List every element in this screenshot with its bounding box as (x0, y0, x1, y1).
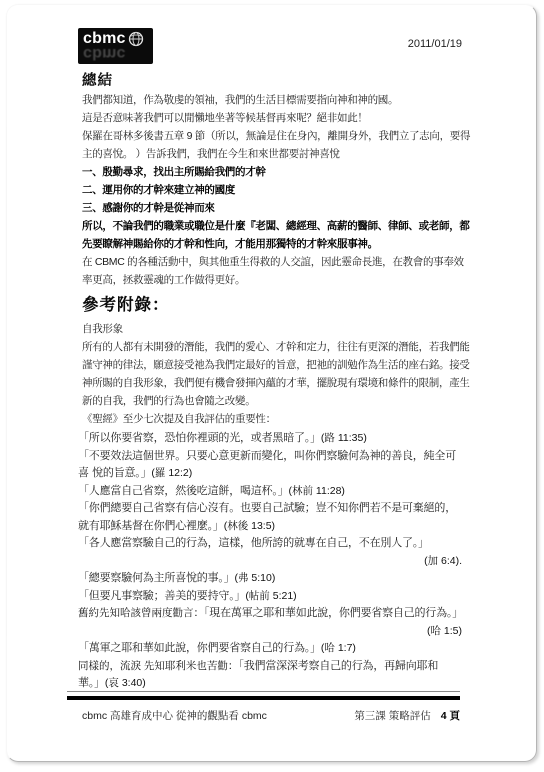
scripture-line: 「總要察驗何為主所喜悅的事。」(弗 5:10) (78, 568, 462, 586)
section-title-summary: 總結 (82, 69, 113, 90)
scripture-reference: 同樣的，流淚 先知耶利米也苦勸： (78, 660, 238, 672)
scripture-quote-text: 「但要凡事察驗；善美的要持守。」 (78, 589, 245, 602)
scripture-quotes: 「所以你要省察，恐怕你裡頭的光，或者黑暗了。」(路 11:35)「不要效法這個世… (82, 428, 462, 691)
text-line: 先要瞭解神賜給你的才幹和性向，才能用那獨特的才幹來服事神。 (82, 235, 462, 253)
page-footer: cbmc 高雄育成中心 從神的觀點看 cbmc 第三課 策略評估 4 頁 (82, 708, 460, 723)
appendix-paragraphs: 自我形象所有的人都有未開發的潛能，我們的愛心、才幹和定力，往往有更深的潛能，若我… (82, 320, 462, 428)
scripture-reference: (弗 5:10) (235, 572, 276, 584)
text-line: 一、殷勤尋求，找出主所賜給我們的才幹 (82, 163, 462, 181)
scripture-reference: (帖前 5:21) (245, 590, 296, 602)
scripture-reference: (路 11:35) (321, 432, 367, 444)
footer-divider (67, 691, 460, 700)
text-line: 《聖經》至少七次提及自我評估的重要性： (82, 410, 462, 428)
scripture-line: 舊約先知哈該曾兩度勸言：「現在萬軍之耶和華如此說，你們要省察自己的行為。」 (78, 603, 462, 621)
section-title-appendix: 參考附錄： (82, 293, 462, 317)
logo-reflection: cbmc (78, 45, 153, 61)
scripture-line: (加 6:4). (82, 551, 462, 569)
footer-left-text: cbmc 高雄育成中心 從神的觀點看 cbmc (82, 708, 267, 723)
text-line: 自我形象 (82, 320, 462, 338)
scripture-quote-text: 就有耶穌基督在你們心裡麼。」 (78, 519, 224, 532)
scripture-line: 華。」(哀 3:40) (78, 673, 462, 691)
scripture-reference: (哀 3:40) (105, 677, 146, 689)
scripture-quote-text: 「我們當深深考察自己的行為，再歸向耶和 (238, 659, 438, 672)
document-date: 2011/01/19 (408, 38, 462, 50)
text-line: 三、感謝你的才幹是從神而來 (82, 199, 462, 217)
scripture-line: 「萬軍之耶和華如此說，你們要省察自己的行為。」(哈 1:7) (78, 638, 462, 656)
text-line: 所有的人都有未開發的潛能，我們的愛心、才幹和定力，往往有更深的潛能，若我們能 (82, 338, 462, 356)
scripture-quote-text: 「現在萬軍之耶和華如此說，你們要省察自己的行為。」 (204, 606, 463, 619)
scripture-line: 「但要凡事察驗；善美的要持守。」(帖前 5:21) (78, 586, 462, 604)
scripture-line: 「各人應當察驗自己的行為，這樣，他所誇的就專在自己，不在別人了。」 (78, 533, 462, 551)
scripture-line: (哈 1:5) (82, 621, 462, 639)
scripture-reference: 舊約先知哈該曾兩度勸言： (78, 607, 204, 619)
scripture-reference: (哈 1:5) (427, 625, 462, 637)
scripture-quote-text: 「人應當自己省察，然後吃這餅，喝這杯。」 (78, 484, 289, 497)
scripture-quote-text: 「所以你要省察，恐怕你裡頭的光，或者黑暗了。」 (78, 431, 321, 444)
text-line: 率更高，拯救靈魂的工作做得更好。 (82, 271, 462, 289)
scripture-line: 就有耶穌基督在你們心裡麼。」(林後 13:5) (78, 516, 462, 534)
scripture-quote-text: 「總要察驗何為主所喜悅的事。」 (78, 571, 235, 584)
scripture-line: 「所以你要省察，恐怕你裡頭的光，或者黑暗了。」(路 11:35) (78, 428, 462, 446)
text-line: 所以，不論我們的職業或職位是什麼『老闆、總經理、高薪的醫師、律師、或老師，都 (82, 217, 462, 235)
scripture-reference: (林後 13:5) (224, 520, 275, 532)
scripture-quote-text: 喜 悅的旨意。」 (78, 466, 151, 479)
text-line: 我們都知道，作為敬虔的領袖，我們的生活目標需要指向神和神的國。 (82, 91, 462, 109)
scripture-quote-text: 「不要效法這個世界。只要心意更新而變化，叫你們察驗何為神的善良，純全可 (78, 449, 456, 462)
text-line: 保羅在哥林多後書五章 9 節（所以，無論是住在身內，離開身外，我們立了志向，要得 (82, 127, 462, 145)
footer-course-label: 第三課 策略評估 (354, 708, 430, 723)
text-line: 這是否意味著我們可以閒懶地坐著等候基督再來呢？絕非如此！ (82, 109, 462, 127)
cbmc-logo: cbmc cbmc (78, 28, 153, 64)
scripture-reference: (林前 11:28) (289, 485, 345, 497)
text-line: 主的喜悅。 ）告訴我們，我們在今生和來世都要討神喜悅 (82, 145, 462, 163)
text-line: 二、運用你的才幹來建立神的國度 (82, 181, 462, 199)
scripture-line: 「人應當自己省察，然後吃這餅，喝這杯。」(林前 11:28) (78, 481, 462, 499)
scripture-reference: (哈 1:7) (321, 642, 356, 654)
document-body: 我們都知道，作為敬虔的領袖，我們的生活目標需要指向神和神的國。這是否意味著我們可… (82, 91, 462, 691)
scripture-line: 「你們總要自己省察有信心沒有。也要自己試驗；豈不知你們若不是可棄絕的， (78, 498, 462, 516)
scripture-quote-text: 「你們總要自己省察有信心沒有。也要自己試驗；豈不知你們若不是可棄絕的， (78, 501, 456, 514)
scripture-line: 喜 悅的旨意。」(羅 12:2) (78, 463, 462, 481)
text-line: 神所賜的自我形象，我們便有機會發揮內蘊的才華，擺脫現有環境和條件的限制，產生 (82, 374, 462, 392)
scripture-quote-text: 「萬軍之耶和華如此說，你們要省察自己的行為。」 (78, 641, 321, 654)
scripture-quote-text: 華。」 (78, 676, 105, 689)
text-line: 新的自我，我們的行為也會隨之改變。 (82, 392, 462, 410)
text-line: 在 CBMC 的各種活動中，與其他重生得救的人交誼，因此靈命長進，在教會的事奉效 (82, 253, 462, 271)
scripture-reference: (加 6:4). (424, 555, 462, 567)
scripture-reference: (羅 12:2) (151, 467, 192, 479)
scripture-quote-text: 「各人應當察驗自己的行為，這樣，他所誇的就專在自己，不在別人了。」 (78, 536, 429, 549)
scripture-line: 「不要效法這個世界。只要心意更新而變化，叫你們察驗何為神的善良，純全可 (78, 446, 462, 464)
summary-paragraphs: 我們都知道，作為敬虔的領袖，我們的生活目標需要指向神和神的國。這是否意味著我們可… (82, 91, 462, 289)
text-line: 謹守神的律法，願意接受祂為我們定最好的旨意，把祂的訓勉作為生活的座右銘。接受 (82, 356, 462, 374)
scripture-line: 同樣的，流淚 先知耶利米也苦勸：「我們當深深考察自己的行為，再歸向耶和 (78, 656, 462, 674)
footer-page-number: 4 頁 (441, 708, 460, 723)
